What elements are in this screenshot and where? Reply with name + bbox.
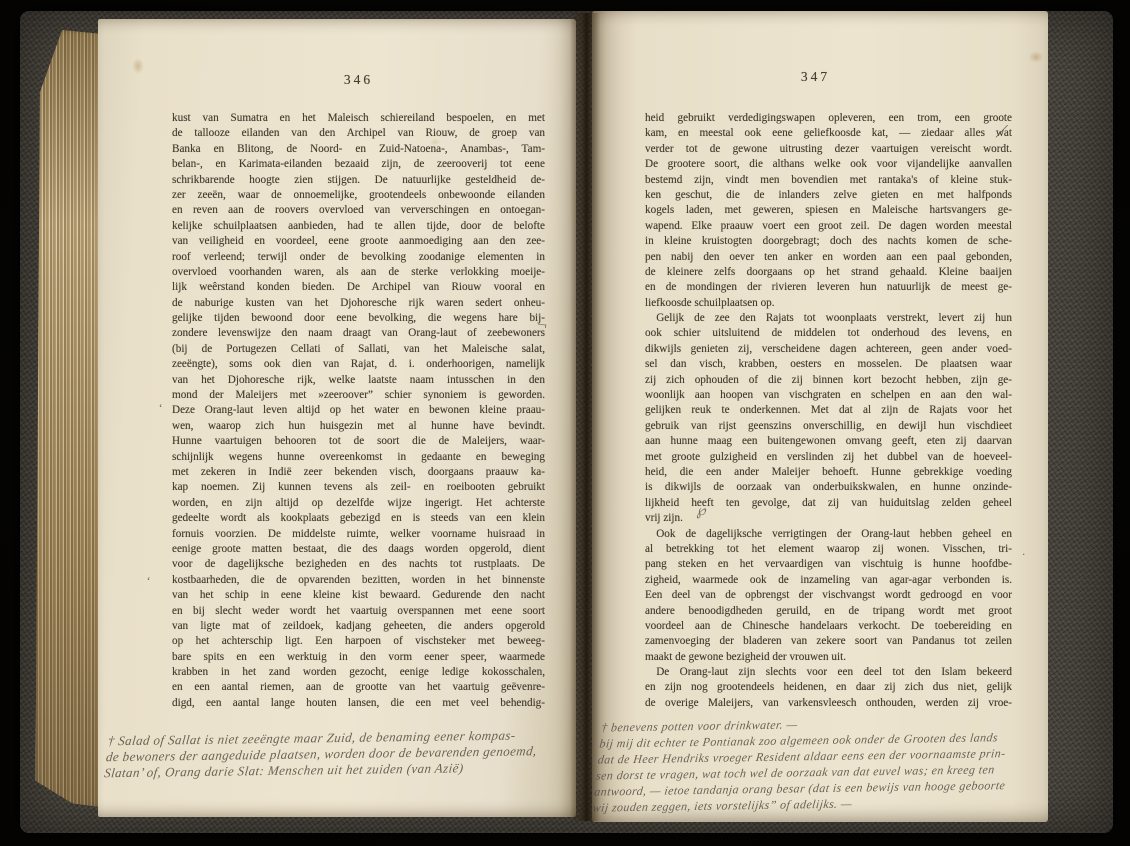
printed-text-line: pang steken en het vervaardigen van visc… [645, 557, 1012, 572]
printed-text-line: aan hunne maag een buitengewonen omvang … [645, 434, 1012, 449]
printed-text-line: ken geschut, die de inlanders zelve giet… [645, 188, 1012, 203]
printed-text-line: ook schier uitsluitend de middelen tot o… [645, 326, 1012, 341]
printed-text-line: kam, en meestal ook eene geliefkoosde ka… [645, 126, 1012, 141]
printed-text-line: van veiligheid en voordeel, eene groote … [172, 234, 545, 249]
printed-text-line: Een deel van de opbrengst der vischvangs… [645, 588, 1012, 603]
printed-text-line: zondere levenswijze den naam draagt van … [172, 326, 545, 341]
printed-text-line: kelijke schuilplaatsen aanbieden, had te… [172, 219, 545, 234]
printed-text-line: eenige groote matten bestaat, die des da… [172, 542, 545, 557]
printed-text-line: en een aantal riemen, aan de grootte van… [172, 680, 545, 695]
handwritten-mark-vrij-zijn: ℘ [695, 503, 706, 521]
page-number-right: 347 [632, 69, 999, 85]
printed-text-line: kostbaarheden, die de opvarenden bezitte… [172, 573, 545, 588]
printed-text-right: heid gebruikt verdedigingswapen oplevere… [645, 111, 1012, 711]
printed-text-line: woonlijk aan hoopen van vischgraten en s… [645, 388, 1012, 403]
printed-text-line: en reven aan de roovers overvloed van ve… [172, 203, 545, 218]
printed-text-line: Gelijk de zee den Rajats tot woonplaats … [645, 311, 1012, 326]
printed-text-line: digd, een aantal lange houten lansen, di… [172, 696, 545, 711]
printed-text-line: zigheid, waarmede ook de inzameling van … [645, 573, 1012, 588]
printed-text-line: De Orang-laut zijn slechts voor een deel… [645, 665, 1012, 680]
printed-text-line: krabben in het zand worden gezocht, eeni… [172, 665, 545, 680]
printed-text-line: zamenvoeging der bladeren van zekere soo… [645, 634, 1012, 649]
printed-text-line: lijk weêrstand konden bieden. De Archipe… [172, 280, 545, 295]
printed-text-line: belan-, en Karimata-eilanden bezaaid zij… [172, 157, 545, 172]
printed-text-line: kogels laden, met geweren, spiesen en Ma… [645, 203, 1012, 218]
printed-text-line: pen nabij den oever ten anker en worden … [645, 250, 1012, 265]
printed-text-line: en zijn nog grootendeels heidenen, en da… [645, 680, 1012, 695]
printed-text-line: is dikwijls de oorzaak van onderbuikskwa… [645, 480, 1012, 495]
printed-text-line: voordeel aan de Chinesche handelaars ver… [645, 619, 1012, 634]
printed-text-line: van ligte mat of zeildoek, kadjang gehee… [172, 619, 545, 634]
printed-text-line: Hunne vaartuigen behooren tot de soort d… [172, 434, 545, 449]
printed-text-line: in kleine kruistogten doorgebragt; doch … [645, 234, 1012, 249]
printed-text-line: schijnlijk wegens hunne overeenkomst in … [172, 450, 545, 465]
handwritten-margin-tick: ʻ [146, 574, 150, 589]
printed-text-line: en de mondingen der rivieren leveren hun… [645, 280, 1012, 295]
printed-text-line: liefkoosde schuilplaatsen op. [645, 296, 1012, 311]
printed-text-line: bestemd zijn, vindt men bovendien met ra… [645, 173, 1012, 188]
printed-text-line: van het Djohoresche rijk, welke laatste … [172, 373, 545, 388]
right-page: 347 heid gebruikt verdedigingswapen ople… [592, 11, 1048, 822]
printed-text-line: schrikbarende hoogte zien stijgen. De na… [172, 173, 545, 188]
handwritten-margin-dot: · [1022, 547, 1025, 562]
handwritten-margin-tick: ʻ [158, 401, 162, 416]
printed-text-line: van het schip in eene kleine kist bewaar… [172, 588, 545, 603]
printed-text-line: roof verleend; terwijl onder de bevolkin… [172, 250, 545, 265]
printed-text-line: de overige Maleijers, van varkensvleesch… [645, 696, 1012, 711]
page-number-left: 346 [172, 72, 545, 88]
printed-text-line: de kleinere zelfs doorgaans op het stran… [645, 265, 1012, 280]
printed-text-line: voor de dagelijksche bezigheden en des n… [172, 557, 545, 572]
printed-text-line: Ook de dagelijksche verrigtingen der Ora… [645, 527, 1012, 542]
page-stack-fore-edge [34, 30, 108, 808]
left-page: 346 kust van Sumatra en het Maleisch sch… [98, 19, 576, 817]
printed-text-line: gebruik van rijst geenszins onverschilli… [645, 419, 1012, 434]
printed-text-line: zeeëngte), soms ook dien van Rajat, d. i… [172, 357, 545, 372]
page-stain [130, 55, 146, 77]
printed-text-line: wen, waarop zich hun huisgezin met al hu… [172, 419, 545, 434]
printed-text-line: maakt de gewone bezigheid der vrouwen ui… [645, 650, 1012, 665]
handwritten-mark-salat: ⌐ [536, 317, 549, 334]
printed-text-line: wapend. Elke praauw voert een groot zeil… [645, 219, 1012, 234]
printed-text-line: sel dan visch, krabben, oesters en mosse… [645, 357, 1012, 372]
printed-text-line: en bij slecht weder wordt het vaartuig o… [172, 604, 545, 619]
printed-text-line: zij zich ophouden of die zij binnen kort… [645, 373, 1012, 388]
printed-text-line: verder tot de gewone uitrusting dezer va… [645, 142, 1012, 157]
printed-text-line: overvloed voorhanden waren, als aan de s… [172, 265, 545, 280]
printed-text-line: zer zeeën, waar de onnoemelijke, grooten… [172, 188, 545, 203]
printed-text-line: bare spits en een werktuig in den vorm e… [172, 650, 545, 665]
printed-text-line: kust van Sumatra en het Maleisch schiere… [172, 111, 545, 126]
printed-text-line: heid gebruikt verdedigingswapen oplevere… [645, 111, 1012, 126]
printed-text-line: andere benoodigdheden geruild, en de tri… [645, 604, 1012, 619]
printed-text-line: mond der Maleijers met »zeeroover” schie… [172, 388, 545, 403]
printed-text-line: gedeelte wordt als kookplaats gebezigd e… [172, 511, 545, 526]
handwritten-note-left: † Salad of Sallat is niet zeeëngte maar … [103, 727, 576, 782]
handwritten-note-right: † benevens potten voor drinkwater. —bij … [592, 712, 1054, 815]
printed-text-line: dikwijls genieten zij, verscheidene dage… [645, 342, 1012, 357]
page-stain [1026, 49, 1046, 65]
printed-text-line: Deze Orang-laut leven altijd op het wate… [172, 403, 545, 418]
printed-text-line: Banka en Blitong, de Noord- en Zuid-Nato… [172, 142, 545, 157]
printed-text-line: al betrekking tot het element waarop zij… [645, 542, 1012, 557]
printed-text-line: fornuis voorzien. De middelste ruimte, w… [172, 527, 545, 542]
printed-text-line: worden, en zijn altijd op dezelfde wijze… [172, 496, 545, 511]
printed-text-line: op het achterschip ligt. Een harpoen of … [172, 634, 545, 649]
printed-text-line: met zekeren in Indië zeer bekenden visch… [172, 465, 545, 480]
printed-text-left: kust van Sumatra en het Maleisch schiere… [172, 111, 545, 711]
printed-text-line: kap noemen. Zij kunnen tevens als zeil- … [172, 480, 545, 495]
printed-text-line: met groote gulzigheid en verslinden zij … [645, 450, 1012, 465]
printed-text-line: De grootere soort, die althans welke ook… [645, 157, 1012, 172]
photograph-background: 346 kust van Sumatra en het Maleisch sch… [0, 0, 1130, 846]
printed-text-line: de tallooze eilanden van den Archipel va… [172, 126, 545, 141]
printed-text-line: (bij de Portugezen Cellati of Sallati, v… [172, 342, 545, 357]
printed-text-line: de naburige kusten van het Djohoresche r… [172, 296, 545, 311]
printed-text-line: gelijken reuk te onderkennen. Met dat al… [645, 403, 1012, 418]
printed-text-line: heid, die een ander Maleijer behoeft. Hu… [645, 465, 1012, 480]
printed-text-line: gelijke tijden bewoond door eene bevolki… [172, 311, 545, 326]
